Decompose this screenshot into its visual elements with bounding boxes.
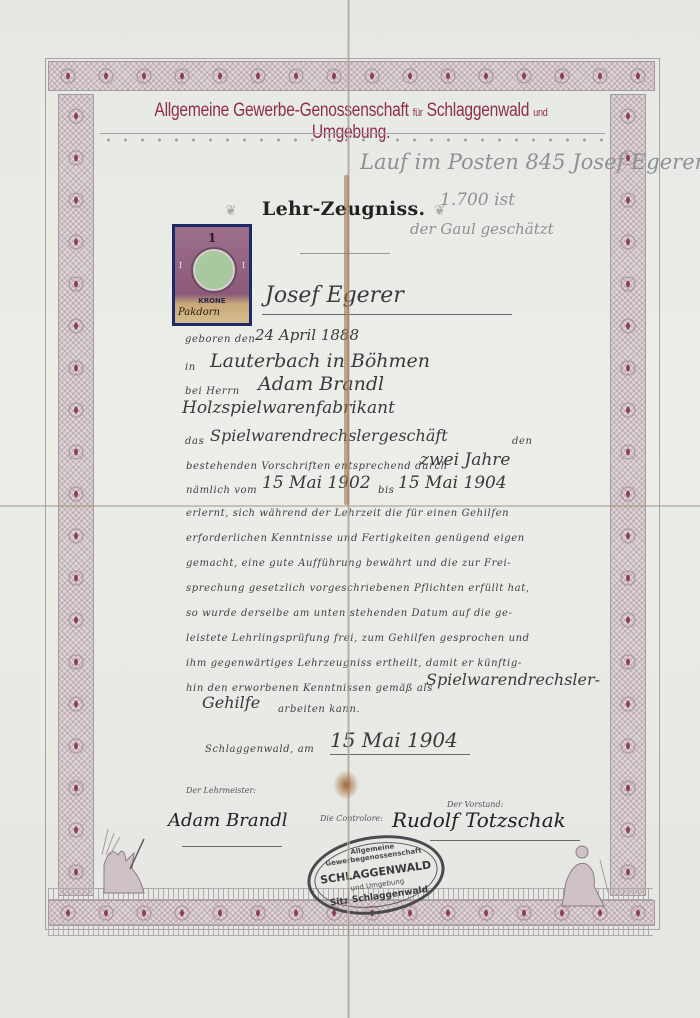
- apprentice-name: Josef Egerer: [265, 283, 404, 308]
- border-band-right: [610, 94, 646, 896]
- period-from: 15 Mai 1902: [262, 473, 371, 493]
- horizontal-fold: [0, 505, 700, 507]
- flourish-ornament-right: ❦: [434, 203, 446, 219]
- occupation: Spielwarendrechsler-: [426, 670, 600, 689]
- revenue-stamp: 1 I I KRONE Pakdorn: [172, 224, 252, 326]
- allegorical-figure-left-icon: [96, 825, 152, 895]
- master-signature-label: Der Lehrmeister:: [186, 786, 256, 795]
- master-signature-line: [182, 846, 282, 847]
- vertical-fold: [347, 0, 350, 1018]
- header-text-2: Schlaggenwald: [427, 100, 529, 121]
- header-dot-row: [100, 137, 605, 143]
- header-rule: [100, 133, 605, 134]
- name-line: [262, 314, 512, 315]
- allegorical-figure-right-icon: [556, 842, 612, 912]
- apprenticeship-duration: zwei Jahre: [420, 450, 511, 470]
- certificate-paper: Allgemeine Gewerbe-Genossenschaft für Sc…: [0, 0, 700, 1018]
- trade: Spielwarendrechslergeschäft: [210, 426, 448, 445]
- master-label: bei Herrn: [185, 386, 240, 397]
- chairman-signature: Rudolf Totzschak: [392, 808, 566, 832]
- flourish-ornament-left: ❦: [225, 203, 237, 219]
- issue-place-label: Schlaggenwald, am: [205, 744, 314, 755]
- header-text-und: und: [533, 107, 547, 119]
- pencil-note-line2: 1.700 ist: [440, 190, 515, 210]
- pencil-note-line3: der Gaul geschätzt: [410, 220, 554, 238]
- body-line-4: sprechung gesetzlich vorgeschriebenen Pf…: [186, 583, 530, 594]
- birthplace: Lauterbach in Böhmen: [210, 350, 430, 372]
- pencil-note-line1: Lauf im Posten 845 Josef Egerer: [360, 150, 700, 174]
- date-line: [330, 754, 470, 755]
- in-label: in: [185, 362, 196, 373]
- border-band-left: [58, 94, 94, 896]
- master-name: Adam Brandl: [258, 373, 384, 395]
- stamp-side-mark-right: I: [242, 261, 245, 270]
- born-label: geboren den: [185, 334, 255, 345]
- stamp-cancellation: Pakdorn: [178, 307, 220, 318]
- trade-label-post: den: [512, 436, 533, 447]
- border-ticks-bottom-lower: [48, 924, 653, 936]
- trade-label: das: [185, 436, 204, 447]
- occupation-cont: Gehilfe: [202, 693, 260, 712]
- stamp-portrait-icon: [193, 249, 235, 291]
- fold-stain: [344, 175, 349, 505]
- duration-label: bestehenden Vorschriften entsprechend du…: [186, 461, 448, 472]
- header-text-1: Allgemeine Gewerbe-Genossenschaft: [154, 100, 408, 121]
- header-text-fuer: für: [413, 107, 423, 119]
- stamp-value: 1: [175, 231, 249, 245]
- body-line-2: erforderlichen Kenntnisse und Fertigkeit…: [186, 533, 525, 544]
- border-band-top: [48, 61, 655, 91]
- master-signature: Adam Brandl: [168, 810, 287, 831]
- stamp-currency: KRONE: [175, 297, 249, 305]
- body-line-6: leistete Lehrlingsprüfung frei, zum Gehi…: [186, 633, 530, 644]
- water-stain: [333, 770, 359, 800]
- stamp-side-mark-left: I: [179, 261, 182, 270]
- controller-signature-label: Die Controlore:: [320, 814, 383, 823]
- master-trade: Holzspielwarenfabrikant: [182, 398, 395, 418]
- chairman-signature-line: [430, 840, 580, 841]
- body-line-7: ihm gegenwärtiges Lehrzeugniss ertheilt,…: [186, 658, 522, 669]
- period-label: nämlich vom: [186, 485, 257, 496]
- period-to: 15 Mai 1904: [398, 473, 507, 493]
- period-mid-label: bis: [378, 485, 395, 496]
